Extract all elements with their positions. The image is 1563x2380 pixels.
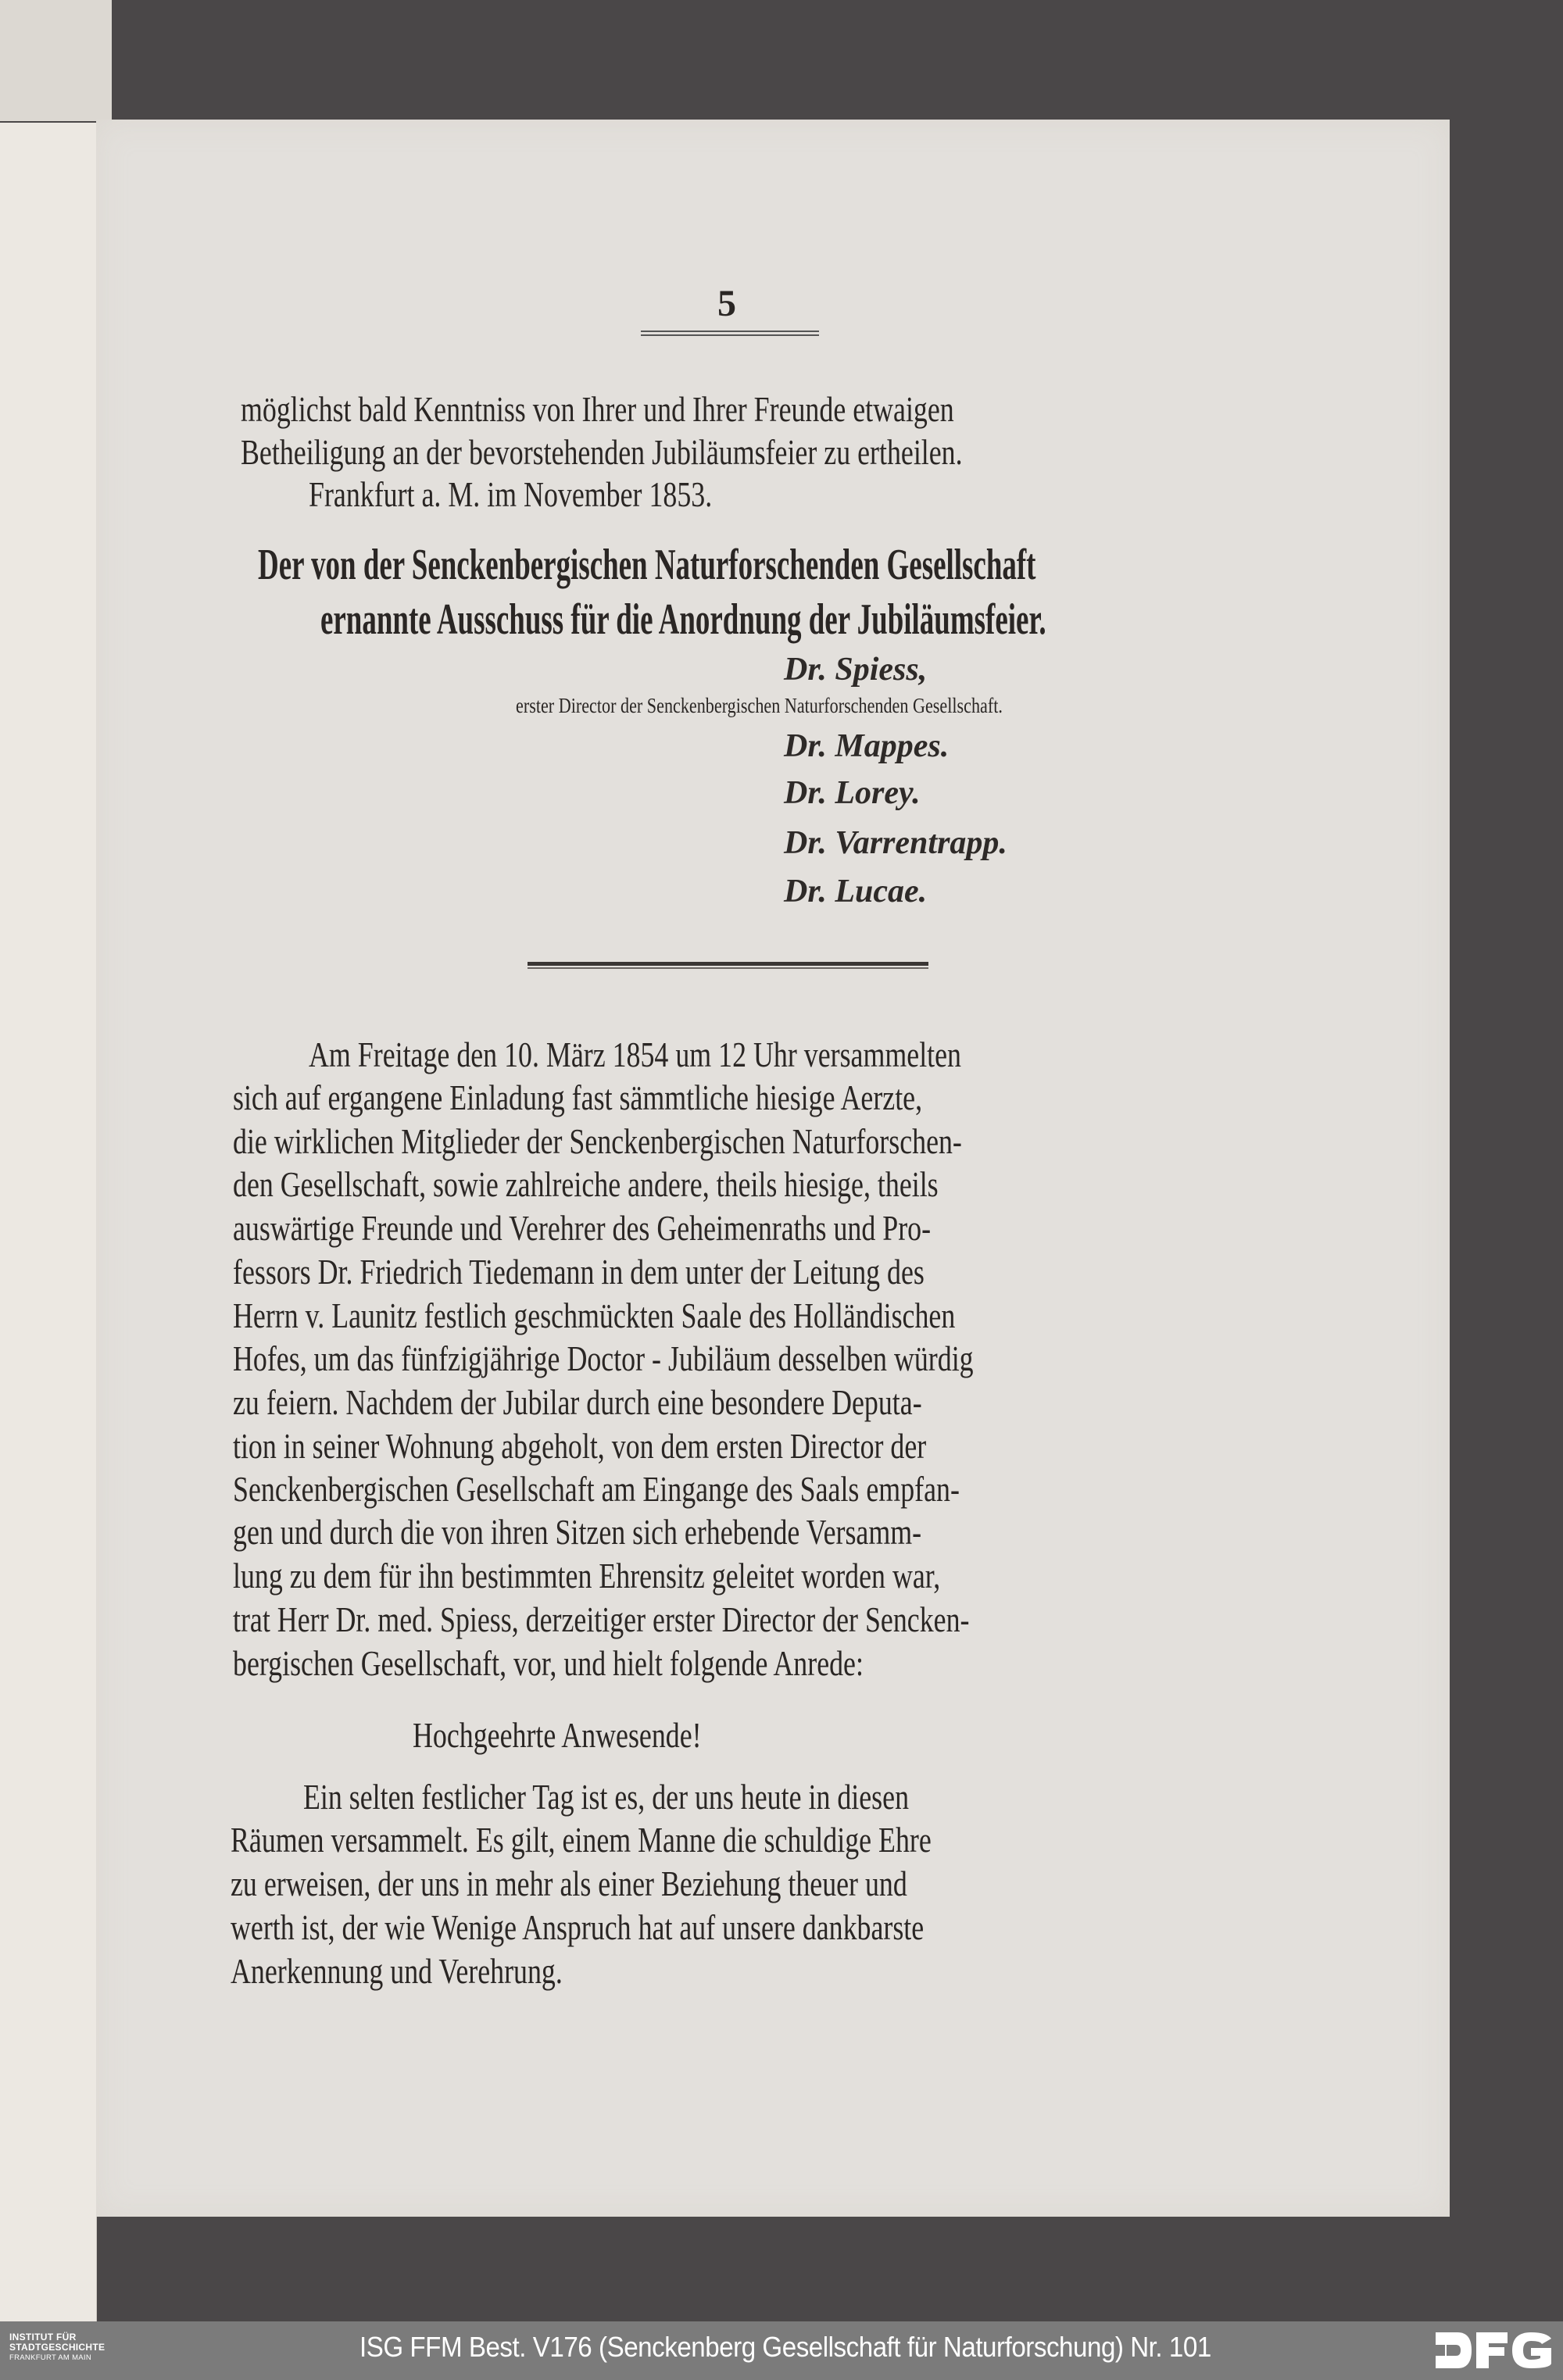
report-line: Hofes, um das fünfzigjährige Doctor - Ju… (233, 1339, 974, 1378)
institute-name-line-2: STADTGESCHICHTE (9, 2342, 105, 2353)
report-line: Herrn v. Launitz festlich geschmückten S… (233, 1296, 955, 1335)
report-line: zu feiern. Nachdem der Jubilar durch ein… (233, 1383, 922, 1422)
speech-line: Ein selten festlicher Tag ist es, der un… (303, 1778, 909, 1817)
report-line: tion in seiner Wohnung abgeholt, von dem… (233, 1427, 926, 1466)
speech-line: zu erweisen, der uns in mehr als einer B… (231, 1864, 907, 1903)
intro-line-2: Betheiligung an der bevorstehenden Jubil… (241, 433, 963, 472)
report-line: den Gesellschaft, sowie zahlreiche ander… (233, 1165, 939, 1204)
previous-page-margin (0, 123, 97, 2321)
signatory-spiess-title: erster Director der Senckenbergischen Na… (516, 694, 1003, 717)
report-line: bergischen Gesellschaft, vor, und hielt … (233, 1644, 864, 1683)
signatory-spiess: Dr. Spiess, (784, 651, 927, 688)
dfg-logo-icon (1436, 2332, 1553, 2368)
report-line: gen und durch die von ihren Sitzen sich … (233, 1513, 921, 1552)
speech-line: werth ist, der wie Wenige Anspruch hat a… (231, 1908, 924, 1947)
intro-line-1: möglichst bald Kenntniss von Ihrer und I… (241, 390, 1225, 429)
archive-shelfmark-caption: ISG FFM Best. V176 (Senckenberg Gesellsc… (359, 2331, 1211, 2364)
signatory-lorey: Dr. Lorey. (784, 774, 921, 812)
report-line: die wirklichen Mitglieder der Senckenber… (233, 1122, 962, 1161)
page-number: 5 (717, 282, 736, 325)
signatory-mappes: Dr. Mappes. (784, 727, 949, 765)
report-line: lung zu dem für ihn bestimmten Ehrensitz… (233, 1556, 940, 1596)
document-page: 5 möglichst bald Kenntniss von Ihrer und… (96, 120, 1450, 2217)
viewer-footer-bar: INSTITUT FÜR STADTGESCHICHTE FRANKFURT A… (0, 2321, 1563, 2380)
section-divider-rule (528, 962, 928, 969)
report-line: sich auf ergangene Einladung fast sämmtl… (233, 1078, 922, 1117)
report-line: Am Freitage den 10. März 1854 um 12 Uhr … (309, 1035, 961, 1074)
speech-line: Anerkennung und Verehrung. (231, 1952, 563, 1991)
report-line: trat Herr Dr. med. Spiess, derzeitiger e… (233, 1600, 969, 1639)
header-rule (641, 331, 819, 336)
institute-logo: INSTITUT FÜR STADTGESCHICHTE FRANKFURT A… (9, 2332, 105, 2363)
institute-location: FRANKFURT AM MAIN (9, 2353, 105, 2363)
place-date: Frankfurt a. M. im November 1853. (309, 475, 712, 514)
committee-heading-line-2: ernannte Ausschuss für die Anordnung der… (320, 596, 1046, 643)
committee-heading-line-1: Der von der Senckenbergischen Naturforsc… (258, 541, 1035, 588)
adjacent-page-edge (0, 0, 112, 121)
report-line: auswärtige Freunde und Verehrer des Gehe… (233, 1209, 931, 1248)
speech-line: Räumen versammelt. Es gilt, einem Manne … (231, 1821, 932, 1860)
signatory-varrentrapp: Dr. Varrentrapp. (784, 824, 1007, 862)
report-line: Senckenbergischen Gesellschaft am Eingan… (233, 1470, 960, 1509)
salutation: Hochgeehrte Anwesende! (413, 1716, 702, 1755)
signatory-lucae: Dr. Lucae. (784, 873, 927, 910)
report-line: fessors Dr. Friedrich Tiedemann in dem u… (233, 1253, 925, 1292)
